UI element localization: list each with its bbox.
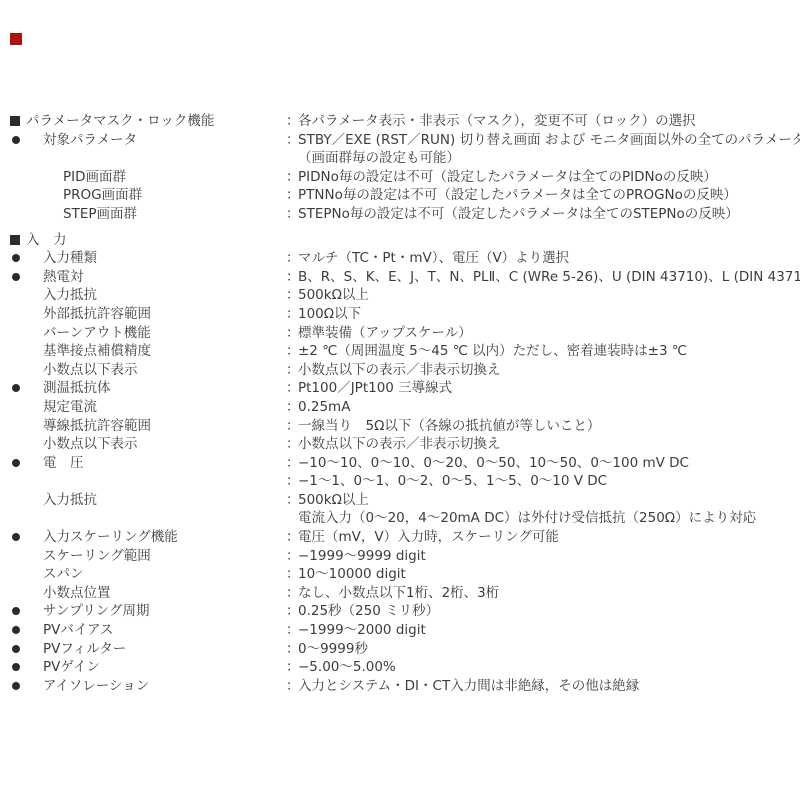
spec-value: STBY／EXE (RST／RUN) 切り替え画面 および モニタ画面以外の全て… (298, 131, 800, 150)
section-square-marker (10, 235, 20, 245)
spec-row-thermocouple: 熱電対 ： B、R、S、K、E、J、T、N、PLⅡ、C (WRe 5-26)、U… (0, 268, 800, 287)
spec-row-sampling-cycle: サンプリング周期 ： 0.25秒（250 ミリ秒） (0, 602, 800, 621)
spec-value: 0.25mA (298, 398, 350, 417)
spec-row-scaling-range: スケーリング範囲 ： −1999～9999 digit (0, 547, 800, 566)
spec-row-external-resistance: 外部抵抗許容範囲 ： 100Ω以下 (0, 305, 800, 324)
spec-label: STEP画面群 (63, 205, 137, 224)
spec-row-span: スパン ： 10～10000 digit (0, 565, 800, 584)
spec-row-cold-junction: 基準接点補償精度 ： ±2 ℃（周囲温度 5～45 ℃ 以内）ただし、密着連装時… (0, 342, 800, 361)
spec-label: スケーリング範囲 (43, 547, 151, 566)
spec-row-input-scaling: 入力スケーリング機能 ： 電圧（mV，V）入力時，スケーリング可能 (0, 528, 800, 547)
spec-label: 入力種類 (43, 249, 97, 268)
bullet-marker (12, 682, 20, 690)
spec-value: PTNNo毎の設定は不可（設定したパラメータは全てのPROGNoの反映） (298, 186, 737, 205)
spec-label: サンプリング周期 (43, 602, 150, 621)
spec-label: PVバイアス (43, 621, 113, 640)
spec-row-burnout: バーンアウト機能 ： 標準装備（アップスケール） (0, 324, 800, 343)
spec-label: アイソレーション (43, 677, 149, 696)
spec-value: 100Ω以下 (298, 305, 361, 324)
bullet-marker (12, 254, 20, 262)
bullet-marker (12, 533, 20, 541)
spec-row-parameter-mask-lock: パラメータマスク・ロック機能 ： 各パラメータ表示・非表示（マスク），変更不可（… (0, 112, 800, 131)
spec-value: −1～1、0～1、0～2、0～5、1～5、0～10 V DC (298, 472, 607, 491)
spec-value: PIDNo毎の設定は不可（設定したパラメータは全てのPIDNoの反映） (298, 168, 717, 187)
spec-value: STEPNo毎の設定は不可（設定したパラメータは全てのSTEPNoの反映） (298, 205, 739, 224)
spec-label: PVフィルター (43, 640, 126, 659)
spec-row-decimal-position: 小数点位置 ： なし、小数点以下1桁、2桁、3桁 (0, 584, 800, 603)
spec-value: −1999～9999 digit (298, 547, 426, 566)
spec-label: PROG画面群 (63, 186, 142, 205)
spec-value: Pt100／JPt100 三導線式 (298, 379, 452, 398)
bullet-marker (12, 273, 20, 281)
spec-value: 500kΩ以上 (298, 286, 369, 305)
spec-label: PVゲイン (43, 658, 100, 677)
spec-row-input-resistance-2: 入力抵抗 ： 500kΩ以上 (0, 491, 800, 510)
spec-row-current-input-note: 電流入力（0～20，4～20mA DC）は外付け受信抵抗（250Ω）により対応 (0, 509, 800, 528)
spec-value: 各パラメータ表示・非表示（マスク），変更不可（ロック）の選択 (298, 112, 696, 131)
spec-value: −1999～2000 digit (298, 621, 426, 640)
bullet-marker (12, 607, 20, 615)
spec-list: パラメータマスク・ロック機能 ： 各パラメータ表示・非表示（マスク），変更不可（… (0, 112, 800, 695)
spec-value: 一線当り 5Ω以下（各線の抵抗値が等しいこと） (298, 417, 600, 436)
spec-value: 0.25秒（250 ミリ秒） (298, 602, 439, 621)
spec-value: 500kΩ以上 (298, 491, 369, 510)
bullet-marker (12, 663, 20, 671)
spec-label: 小数点以下表示 (43, 361, 138, 380)
spec-value: B、R、S、K、E、J、T、N、PLⅡ、C (WRe 5-26)、U (DIN … (298, 268, 800, 287)
spec-row-pv-gain: PVゲイン ： −5.00～5.00% (0, 658, 800, 677)
spec-row-pid-screens: PID画面群 ： PIDNo毎の設定は不可（設定したパラメータは全てのPIDNo… (0, 168, 800, 187)
spec-row-input-resistance: 入力抵抗 ： 500kΩ以上 (0, 286, 800, 305)
spec-value: 電圧（mV，V）入力時，スケーリング可能 (298, 528, 559, 547)
bullet-marker (12, 626, 20, 634)
spec-label: 熱電対 (43, 268, 84, 287)
spec-value: 小数点以下の表示／非表示切換え (298, 361, 501, 380)
spec-row-target-parameters: 対象パラメータ ： STBY／EXE (RST／RUN) 切り替え画面 および … (0, 131, 800, 150)
spec-value: 0～9999秒 (298, 640, 368, 659)
spec-label: PID画面群 (63, 168, 126, 187)
spec-value: 標準装備（アップスケール） (298, 324, 472, 343)
bullet-marker (12, 136, 20, 144)
spec-value: 電流入力（0～20，4～20mA DC）は外付け受信抵抗（250Ω）により対応 (298, 509, 756, 528)
spec-row-decimal-display-2: 小数点以下表示 ： 小数点以下の表示／非表示切換え (0, 435, 800, 454)
section-title: 入 力 (26, 231, 67, 250)
spec-row-pv-bias: PVバイアス ： −1999～2000 digit (0, 621, 800, 640)
spec-value: 10～10000 digit (298, 565, 406, 584)
spec-label: 導線抵抗許容範囲 (43, 417, 151, 436)
spec-row-voltage: 電 圧 ： −10～10、0～10、0～20、0～50、10～50、0～100 … (0, 454, 800, 473)
spec-value: −5.00～5.00% (298, 658, 396, 677)
spec-label: 対象パラメータ (43, 131, 137, 150)
spec-label: 入力スケーリング機能 (43, 528, 178, 547)
bullet-marker (12, 459, 20, 467)
spec-row-prog-screens: PROG画面群 ： PTNNo毎の設定は不可（設定したパラメータは全てのPROG… (0, 186, 800, 205)
spec-label: 規定電流 (43, 398, 97, 417)
spec-value: （画面群毎の設定も可能） (298, 149, 460, 168)
spec-section-input: 入 力 (0, 231, 800, 250)
spec-value: マルチ（TC・Pt・mV）、電圧（V）より選択 (298, 249, 569, 268)
spec-label: パラメータマスク・ロック機能 (26, 112, 214, 131)
spec-row-continuation: （画面群毎の設定も可能） (0, 149, 800, 168)
spec-label: 入力抵抗 (43, 491, 97, 510)
spec-label: スパン (43, 565, 84, 584)
red-corner-mark (10, 33, 22, 45)
section-square-marker (10, 116, 20, 126)
spec-row-isolation: アイソレーション ： 入力とシステム・DI・CT入力間は非絶縁，その他は絶縁 (0, 677, 800, 696)
spec-row-rtd: 測温抵抗体 ： Pt100／JPt100 三導線式 (0, 379, 800, 398)
spec-label: 電 圧 (43, 454, 84, 473)
spec-label: 入力抵抗 (43, 286, 97, 305)
spec-label: 基準接点補償精度 (43, 342, 151, 361)
spec-row-voltage-cont: ： −1～1、0～1、0～2、0～5、1～5、0～10 V DC (0, 472, 800, 491)
spec-value: 小数点以下の表示／非表示切換え (298, 435, 501, 454)
bullet-marker (12, 645, 20, 653)
spec-value: −10～10、0～10、0～20、0～50、10～50、0～100 mV DC (298, 454, 689, 473)
spec-label: 測温抵抗体 (43, 379, 111, 398)
bullet-marker (12, 384, 20, 392)
spec-value: 入力とシステム・DI・CT入力間は非絶縁，その他は絶縁 (298, 677, 639, 696)
spec-value: なし、小数点以下1桁、2桁、3桁 (298, 584, 499, 603)
spec-row-pv-filter: PVフィルター ： 0～9999秒 (0, 640, 800, 659)
spec-value: ±2 ℃（周囲温度 5～45 ℃ 以内）ただし、密着連装時は±3 ℃ (298, 342, 687, 361)
spec-row-lead-resistance: 導線抵抗許容範囲 ： 一線当り 5Ω以下（各線の抵抗値が等しいこと） (0, 417, 800, 436)
spec-row-decimal-display: 小数点以下表示 ： 小数点以下の表示／非表示切換え (0, 361, 800, 380)
spec-row-input-type: 入力種類 ： マルチ（TC・Pt・mV）、電圧（V）より選択 (0, 249, 800, 268)
spec-sheet: パラメータマスク・ロック機能 ： 各パラメータ表示・非表示（マスク），変更不可（… (0, 0, 800, 800)
spec-label: 小数点位置 (43, 584, 111, 603)
spec-row-rated-current: 規定電流 ： 0.25mA (0, 398, 800, 417)
spec-row-step-screens: STEP画面群 ： STEPNo毎の設定は不可（設定したパラメータは全てのSTE… (0, 205, 800, 224)
spec-label: 外部抵抗許容範囲 (43, 305, 151, 324)
spec-label: 小数点以下表示 (43, 435, 138, 454)
spec-label: バーンアウト機能 (43, 324, 151, 343)
